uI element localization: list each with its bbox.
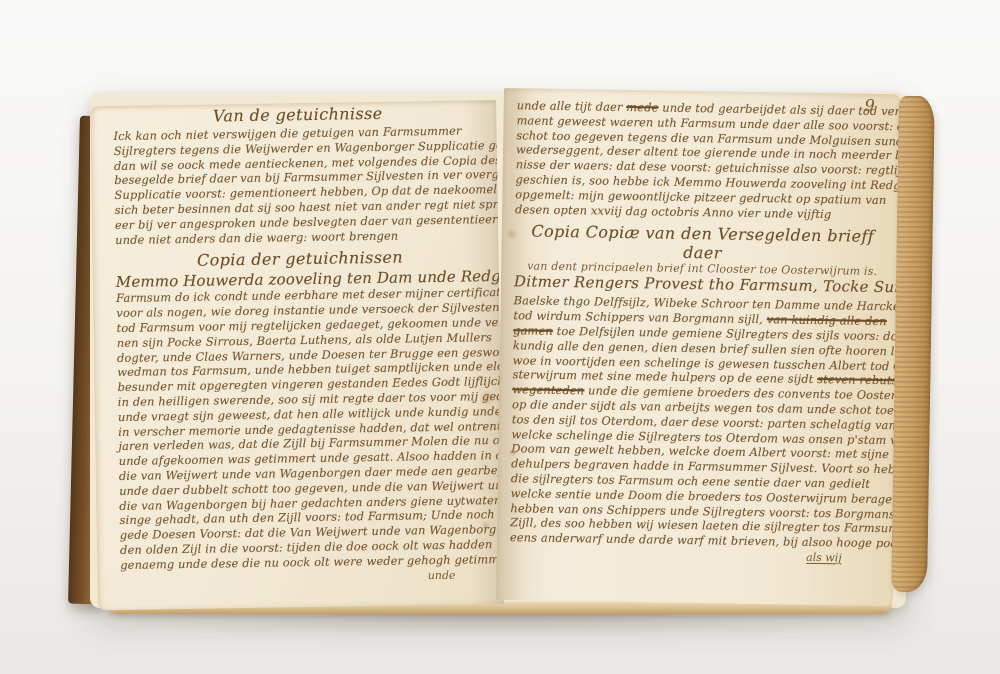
foxing-spot <box>508 448 517 457</box>
foxing-spot <box>481 520 491 530</box>
left-paragraph-testimony: Memmo Houwerda zooveling ten Dam unde Re… <box>116 268 490 573</box>
page-number: 9 <box>864 96 874 115</box>
photo-background: Van de getuichnisse Ick kan och niet ver… <box>0 0 1000 674</box>
foxing-spot <box>506 228 518 240</box>
right-paragraph-letter: Baelske thgo Delffsijlz, Wibeke Schroor … <box>510 294 890 551</box>
right-paragraph-continuation: unde alle tijt daer mede unde tod gearbe… <box>515 98 893 222</box>
page-fore-edge <box>891 96 935 593</box>
left-page: Van de getuichnisse Ick kan och niet ver… <box>90 100 504 610</box>
left-paragraph-intro: Ick kan och niet verswijgen die getuigen… <box>113 123 484 247</box>
right-page-title: Copia Copiæ van den Versegelden brieff d… <box>514 222 891 266</box>
right-page: 9 unde alle tijt daer mede unde tod gear… <box>496 88 901 606</box>
manuscript-book: Van de getuichnisse Ick kan och niet ver… <box>60 84 932 622</box>
foxing-spot <box>479 390 495 406</box>
